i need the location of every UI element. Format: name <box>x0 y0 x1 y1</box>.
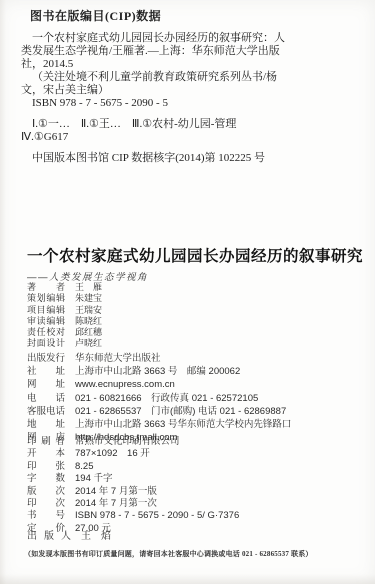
credit-row: 封面设计 卢晓红 <box>27 338 102 349</box>
credit-row: 责任校对 邱红穗 <box>27 327 102 338</box>
credit-label: 项目编辑 <box>27 305 65 316</box>
publisher-value: 上海市中山北路 3663 号 邮编 200062 <box>75 365 240 378</box>
credit-value: 朱建宝 <box>75 293 102 304</box>
cip-body-line: 社，2014.5 <box>21 58 357 71</box>
credit-label: 著者 <box>27 282 65 293</box>
credit-row: 审读编辑 陈晓红 <box>27 316 102 327</box>
publisher-person-label: 出版人 <box>27 527 71 542</box>
publisher-row: 出版发行 华东师范大学出版社 <box>27 352 291 365</box>
cip-body-line: 类发展生态学视角/王雁著.—上海：华东师范大学出版 <box>21 45 357 58</box>
publisher-person-value: 王 焰 <box>81 527 111 542</box>
credits-block: 著者 王 雁 策划编辑 朱建宝 项目编辑 王瑞安 审读编辑 陈晓红 责任校对 邱… <box>27 282 102 350</box>
publisher-row: 客服电话 021 - 62865537 门市(邮购) 电话 021 - 6286… <box>27 405 291 418</box>
cip-classification: Ⅳ.①G617 <box>21 131 357 144</box>
publisher-person-block: 出版人 王 焰 <box>27 527 111 542</box>
printing-row: 开本 787×1092 16 开 <box>27 448 239 460</box>
publisher-row: 社址 上海市中山北路 3663 号 邮编 200062 <box>27 365 291 378</box>
publisher-row: 网址 www.ecnupress.com.cn <box>27 378 291 391</box>
publisher-label: 社址 <box>27 365 65 378</box>
cip-series-line: （关注处境不利儿童学前教育政策研究系列丛书/杨 <box>21 71 357 84</box>
credit-value: 王 雁 <box>75 282 102 293</box>
printing-label: 印次 <box>27 498 65 510</box>
cip-body-line: 一个农村家庭式幼儿园园长办园经历的叙事研究：人 <box>21 32 357 45</box>
credit-label: 策划编辑 <box>27 293 65 304</box>
publisher-value: 上海市中山北路 3663 号华东师范大学校内先锋路口 <box>75 418 291 431</box>
printing-value: 2014 年 7 月第一版 <box>75 486 157 498</box>
publisher-label: 地址 <box>27 418 65 431</box>
book-title: 一个农村家庭式幼儿园园长办园经历的叙事研究 <box>27 244 357 266</box>
title-block: 一个农村家庭式幼儿园园长办园经历的叙事研究 ——人类发展生态学视角 <box>27 244 357 283</box>
publisher-value: 021 - 60821666 行政传真 021 - 62572105 <box>75 392 258 405</box>
publisher-label: 客服电话 <box>27 405 65 418</box>
copyright-page: 图书在版编目(CIP)数据 一个农村家庭式幼儿园园长办园经历的叙事研究：人 类发… <box>0 0 375 584</box>
cip-block: 图书在版编目(CIP)数据 一个农村家庭式幼儿园园长办园经历的叙事研究：人 类发… <box>21 10 357 165</box>
book-subtitle: ——人类发展生态学视角 <box>27 269 357 283</box>
credit-value: 王瑞安 <box>75 305 102 316</box>
cip-series-line: 文，宋占美主编） <box>21 84 357 97</box>
cip-header: 图书在版编目(CIP)数据 <box>21 10 357 23</box>
publisher-label: 电话 <box>27 392 65 405</box>
credit-row: 项目编辑 王瑞安 <box>27 305 102 316</box>
scan-artifact <box>0 0 6 584</box>
credit-label: 审读编辑 <box>27 316 65 327</box>
printing-row: 字数 194 千字 <box>27 473 239 485</box>
publisher-label: 网址 <box>27 378 65 391</box>
publisher-label: 出版发行 <box>27 352 65 365</box>
publisher-value: 021 - 62865537 门市(邮购) 电话 021 - 62869887 <box>75 405 286 418</box>
cip-classification: Ⅰ.①一… Ⅱ.①王… Ⅲ.①农村-幼儿园-管理 <box>21 118 357 131</box>
publisher-value: 华东师范大学出版社 <box>75 352 161 365</box>
printing-value: 2014 年 7 月第一次 <box>75 498 157 510</box>
credit-value: 陈晓红 <box>75 316 102 327</box>
printing-label: 印张 <box>27 461 65 473</box>
printing-block: 印刷者 常熟市文化印刷有限公司 开本 787×1092 16 开 印张 8.25… <box>27 436 239 535</box>
printing-value: 787×1092 16 开 <box>75 448 150 460</box>
printing-row: 书号 ISBN 978 - 7 - 5675 - 2090 - 5/ G·737… <box>27 510 239 522</box>
printing-value: ISBN 978 - 7 - 5675 - 2090 - 5/ G·7376 <box>75 510 239 522</box>
quality-footnote: （如发现本版图书有印订质量问题，请寄回本社客服中心调换或电话 021 - 628… <box>24 549 364 559</box>
printing-label: 字数 <box>27 473 65 485</box>
printing-row: 版次 2014 年 7 月第一版 <box>27 486 239 498</box>
printing-row: 印次 2014 年 7 月第一次 <box>27 498 239 510</box>
printing-value: 194 千字 <box>75 473 113 485</box>
scan-artifact <box>0 574 375 584</box>
printing-label: 版次 <box>27 486 65 498</box>
printing-label: 书号 <box>27 510 65 522</box>
printing-value: 8.25 <box>75 461 94 473</box>
printing-label: 开本 <box>27 448 65 460</box>
credit-label: 责任校对 <box>27 327 65 338</box>
credit-row: 策划编辑 朱建宝 <box>27 293 102 304</box>
credit-row: 著者 王 雁 <box>27 282 102 293</box>
printing-label: 印刷者 <box>27 436 65 448</box>
cip-isbn: ISBN 978 - 7 - 5675 - 2090 - 5 <box>21 97 357 110</box>
publisher-value: www.ecnupress.com.cn <box>75 378 175 391</box>
publisher-person-row: 出版人 王 焰 <box>27 527 111 542</box>
publisher-row: 地址 上海市中山北路 3663 号华东师范大学校内先锋路口 <box>27 418 291 431</box>
cip-record-number: 中国版本图书馆 CIP 数据核字(2014)第 102225 号 <box>21 152 357 165</box>
printing-row: 印刷者 常熟市文化印刷有限公司 <box>27 436 239 448</box>
printing-value: 常熟市文化印刷有限公司 <box>75 436 180 448</box>
publisher-row: 电话 021 - 60821666 行政传真 021 - 62572105 <box>27 392 291 405</box>
credit-value: 邱红穗 <box>75 327 102 338</box>
credit-value: 卢晓红 <box>75 338 102 349</box>
publisher-block: 出版发行 华东师范大学出版社 社址 上海市中山北路 3663 号 邮编 2000… <box>27 352 291 444</box>
printing-row: 印张 8.25 <box>27 461 239 473</box>
credit-label: 封面设计 <box>27 338 65 349</box>
